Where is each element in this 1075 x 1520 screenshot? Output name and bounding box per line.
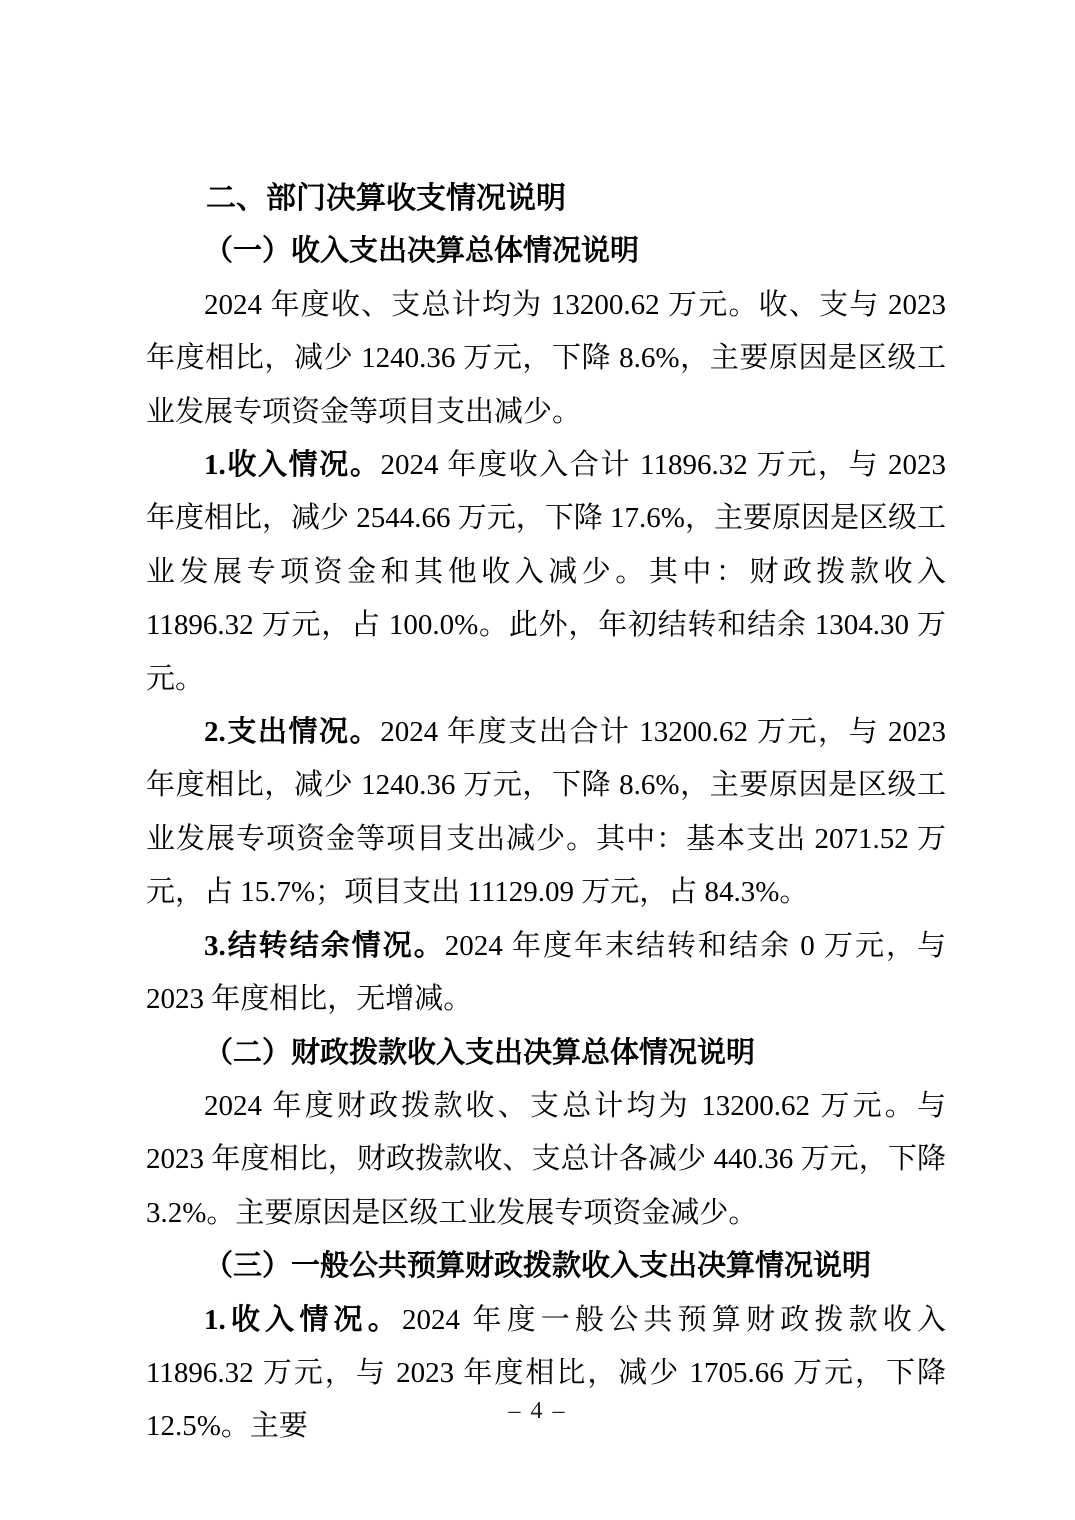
page-number: – 4 – bbox=[0, 1396, 1075, 1426]
paragraph-lead: 3.结转结余情况。 bbox=[204, 930, 445, 962]
paragraph-text: 2024 年度财政拨款收、支总计均为 13200.62 万元。与 2023 年度… bbox=[146, 1090, 946, 1229]
paragraph-lead: 1.收入情况。 bbox=[204, 1304, 402, 1336]
section-heading-budget-explanation: 二、部门决算收支情况说明 bbox=[146, 172, 946, 225]
paragraph-lead: 2.支出情况。 bbox=[204, 716, 380, 748]
paragraph-text: 2024 年度收入合计 11896.32 万元，与 2023 年度相比，减少 2… bbox=[146, 449, 946, 695]
subsection-heading-general-public-budget: （三）一般公共预算财政拨款收入支出决算情况说明 bbox=[146, 1240, 946, 1293]
paragraph-general-budget-income: 1.收入情况。2024 年度一般公共预算财政拨款收入 11896.32 万元，与… bbox=[146, 1294, 946, 1454]
paragraph-income-situation: 1.收入情况。2024 年度收入合计 11896.32 万元，与 2023 年度… bbox=[146, 439, 946, 706]
paragraph-fiscal-appropriation-totals: 2024 年度财政拨款收、支总计均为 13200.62 万元。与 2023 年度… bbox=[146, 1080, 946, 1240]
paragraph-lead: 1.收入情况。 bbox=[204, 449, 381, 481]
document-body: 二、部门决算收支情况说明 （一）收入支出决算总体情况说明 2024 年度收、支总… bbox=[146, 172, 946, 1454]
subsection-heading-overall-income-expenditure: （一）收入支出决算总体情况说明 bbox=[146, 225, 946, 278]
paragraph-carryover-situation: 3.结转结余情况。2024 年度年末结转和结余 0 万元，与 2023 年度相比… bbox=[146, 920, 946, 1027]
paragraph-overall-totals: 2024 年度收、支总计均为 13200.62 万元。收、支与 2023 年度相… bbox=[146, 279, 946, 439]
paragraph-expenditure-situation: 2.支出情况。2024 年度支出合计 13200.62 万元，与 2023 年度… bbox=[146, 706, 946, 920]
paragraph-text: 2024 年度收、支总计均为 13200.62 万元。收、支与 2023 年度相… bbox=[146, 289, 946, 428]
subsection-heading-fiscal-appropriation-overall: （二）财政拨款收入支出决算总体情况说明 bbox=[146, 1027, 946, 1080]
document-page: 二、部门决算收支情况说明 （一）收入支出决算总体情况说明 2024 年度收、支总… bbox=[0, 0, 1075, 1520]
